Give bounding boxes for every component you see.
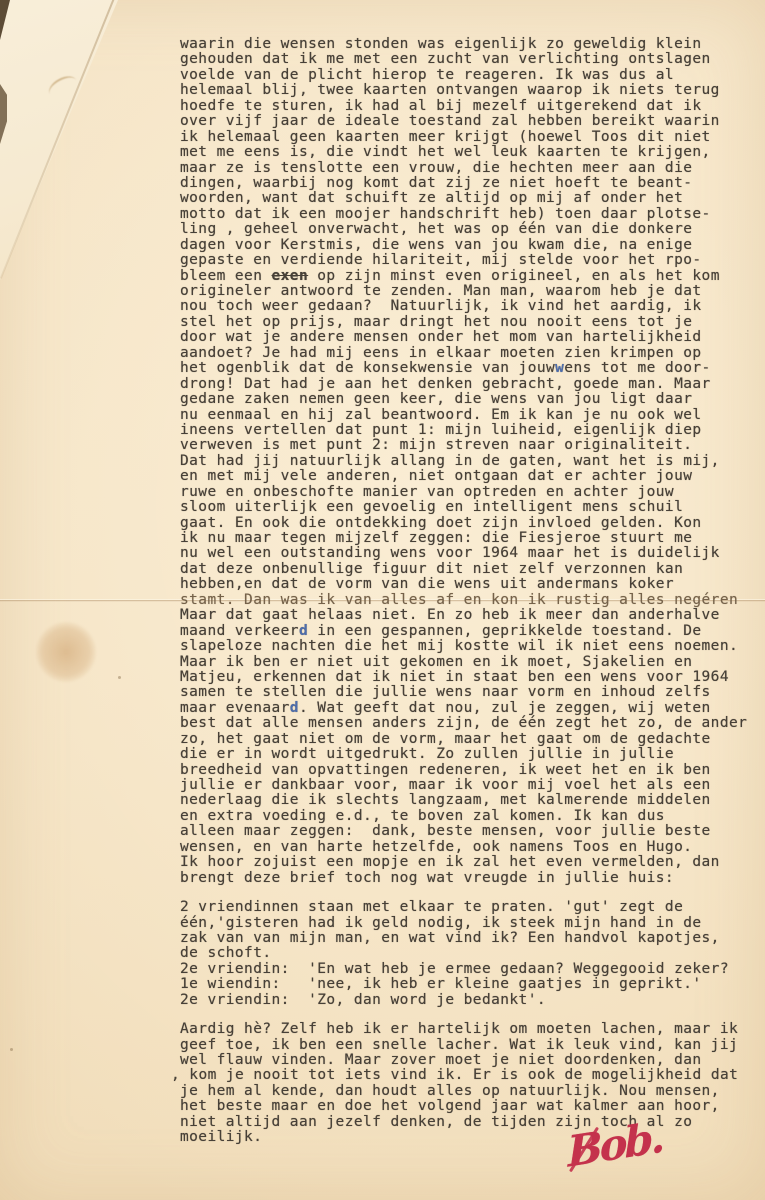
letter-line: , kom je nooit tot iets vind ik. Er is o…: [180, 1068, 747, 1083]
letter-line: maar evenaard. Wat geeft dat nou, zul je…: [180, 701, 747, 716]
letter-line: die er in wordt uitgedrukt. Zo zullen ju…: [180, 747, 747, 762]
letter-line: geef toe, ik ben een snelle lacher. Wat …: [180, 1038, 747, 1053]
letter-line: jullie er dankbaar voor, maar ik voor mi…: [180, 778, 747, 793]
paper-speck: [10, 1048, 13, 1051]
letter-line: drong! Dat had je aan het denken gebrach…: [180, 377, 747, 392]
letter-line: breedheid van opvattingen redeneren, ik …: [180, 763, 747, 778]
paper-speck: [118, 676, 121, 679]
letter-line: gedane zaken nemen geen keer, die wens v…: [180, 392, 747, 407]
letter-line: nu eenmaal en hij zal beantwoord. Em ik …: [180, 408, 747, 423]
letter-line: en met mij vele anderen, niet ontgaan da…: [180, 469, 747, 484]
letter-line: origineler antwoord te zenden. Man man, …: [180, 284, 747, 299]
letter-line: wensen, en van harte hetzelfde, ook name…: [180, 840, 747, 855]
letter-line: en extra voeding e.d., te boven zal kome…: [180, 809, 747, 824]
letter-line: woorden, want dat schuift ze altijd op m…: [180, 191, 747, 206]
letter-line: Maar ik ben er niet uit gekomen en ik mo…: [180, 655, 747, 670]
letter-line: waarin die wensen stonden was eigenlijk …: [180, 37, 747, 52]
letter-line: gehouden dat ik me met een zucht van ver…: [180, 52, 747, 67]
letter-line: gaat. En ook die ontdekking doet zijn in…: [180, 516, 747, 531]
letter-line: ling , geheel onverwacht, het was op één…: [180, 222, 747, 237]
letter-line: nederlaag die ik slechts langzaam, met k…: [180, 793, 747, 808]
letter-line: de schoft.: [180, 946, 747, 961]
letter-line: slapeloze nachten die het mij kostte wil…: [180, 639, 747, 654]
letter-line: maand verkeerd in een gespannen, geprikk…: [180, 624, 747, 639]
letter-line: dat deze onbenullige figuur dit niet zel…: [180, 562, 747, 577]
letter-line: 1e wiendin: 'nee, ik heb er kleine gaatj…: [180, 977, 747, 992]
letter-line: ik nu maar tegen mijzelf zeggen: die Fie…: [180, 531, 747, 546]
letter-line: samen te stellen die jullie wens naar vo…: [180, 685, 747, 700]
letter-line: verweven is met punt 2: mijn streven naa…: [180, 438, 747, 453]
letter-line: het ogenblik dat de konsekwensie van jou…: [180, 361, 747, 376]
letter-line: 2e vriendin: 'En wat heb je ermee gedaan…: [180, 962, 747, 977]
blue-ink-correction: d: [290, 700, 299, 716]
letter-line: nou toch weer gedaan? Natuurlijk, ik vin…: [180, 299, 747, 314]
letter-line: motto dat ik een moojer handschrift heb)…: [180, 207, 747, 222]
letter-line: aandoet? Je had mij eens in elkaar moete…: [180, 346, 747, 361]
letter-line: stel het op prijs, maar dringt het nou n…: [180, 315, 747, 330]
letter-line: gepaste en verdiende hilariteit, mij ste…: [180, 253, 747, 268]
letter-line: dingen, waarbij nog komt dat zij ze niet…: [180, 176, 747, 191]
letter-line: maar ze is tenslotte een vrouw, die hech…: [180, 161, 747, 176]
letter-line: door wat je andere mensen onder het mom …: [180, 330, 747, 345]
letter-line: alleen maar zeggen: dank, beste mensen, …: [180, 824, 747, 839]
letter-line: ik helemaal geen kaarten meer krijgt (ho…: [180, 130, 747, 145]
blue-ink-correction: d: [299, 623, 308, 639]
letter-line: best dat alle mensen anders zijn, de één…: [180, 716, 747, 731]
letter-line: Aardig hè? Zelf heb ik er hartelijk om m…: [180, 1022, 747, 1037]
letter-line: dagen voor Kerstmis, die wens van jou kw…: [180, 238, 747, 253]
paragraph: waarin die wensen stonden was eigenlijk …: [180, 37, 747, 886]
letter-line: niet altijd aan jezelf denken, de tijden…: [180, 1115, 747, 1130]
letter-line: stamt. Dan was ik van alles af en kon ik…: [180, 593, 747, 608]
letter-line: nu wel een outstanding wens voor 1964 ma…: [180, 546, 747, 561]
letter-line: over vijf jaar de ideale toestand zal he…: [180, 114, 747, 129]
letter-line: hebben,en dat de vorm van die wens uit a…: [180, 577, 747, 592]
letter-line: ineens vertellen dat punt 1: mijn luihei…: [180, 423, 747, 438]
letter-line: ruwe en onbeschofte manier van optreden …: [180, 485, 747, 500]
letter-document: waarin die wensen stonden was eigenlijk …: [0, 0, 765, 1200]
letter-line: helemaal blij, twee kaarten ontvangen wa…: [180, 83, 747, 98]
letter-line: bleem een exen op zijn minst even origin…: [180, 269, 747, 284]
letter-line: voelde van de plicht hierop te reageren.…: [180, 68, 747, 83]
paragraph: Aardig hè? Zelf heb ik er hartelijk om m…: [180, 1022, 747, 1146]
letter-line: Ik hoor zojuist een mopje en ik zal het …: [180, 855, 747, 870]
letter-line: hoedfe te sturen, ik had al bij mezelf u…: [180, 99, 747, 114]
letter-line: Matjeu, erkennen dat ik niet in staat be…: [180, 670, 747, 685]
letter-line: wel flauw vinden. Maar zover moet je nie…: [180, 1053, 747, 1068]
letter-line: 2 vriendinnen staan met elkaar te praten…: [180, 900, 747, 915]
letter-line: sloom uiterlijk een gevoelig en intellig…: [180, 500, 747, 515]
letter-body: waarin die wensen stonden was eigenlijk …: [180, 37, 747, 1160]
paper-stain: [36, 622, 96, 682]
letter-line: met me eens is, die vindt het wel leuk k…: [180, 145, 747, 160]
letter-line: brengt deze brief toch nog wat vreugde i…: [180, 871, 747, 886]
overstruck-word: exen: [272, 268, 309, 284]
letter-line: zo, het gaat niet om de vorm, maar het g…: [180, 732, 747, 747]
blue-ink-correction: w: [555, 360, 564, 376]
letter-line: zak van van mijn man, en wat vind ik? Ee…: [180, 931, 747, 946]
letter-line: Maar dat gaat helaas niet. En zo heb ik …: [180, 608, 747, 623]
letter-line: Dat had jij natuurlijk allang in de gate…: [180, 454, 747, 469]
letter-line: 2e vriendin: 'Zo, dan word je bedankt'.: [180, 993, 747, 1008]
letter-line: het beste maar en doe het volgend jaar w…: [180, 1099, 747, 1114]
letter-line: je hem al kende, dan houdt alles op natu…: [180, 1084, 747, 1099]
letter-line: één,'gisteren had ik geld nodig, ik stee…: [180, 916, 747, 931]
paragraph: 2 vriendinnen staan met elkaar te praten…: [180, 900, 747, 1008]
